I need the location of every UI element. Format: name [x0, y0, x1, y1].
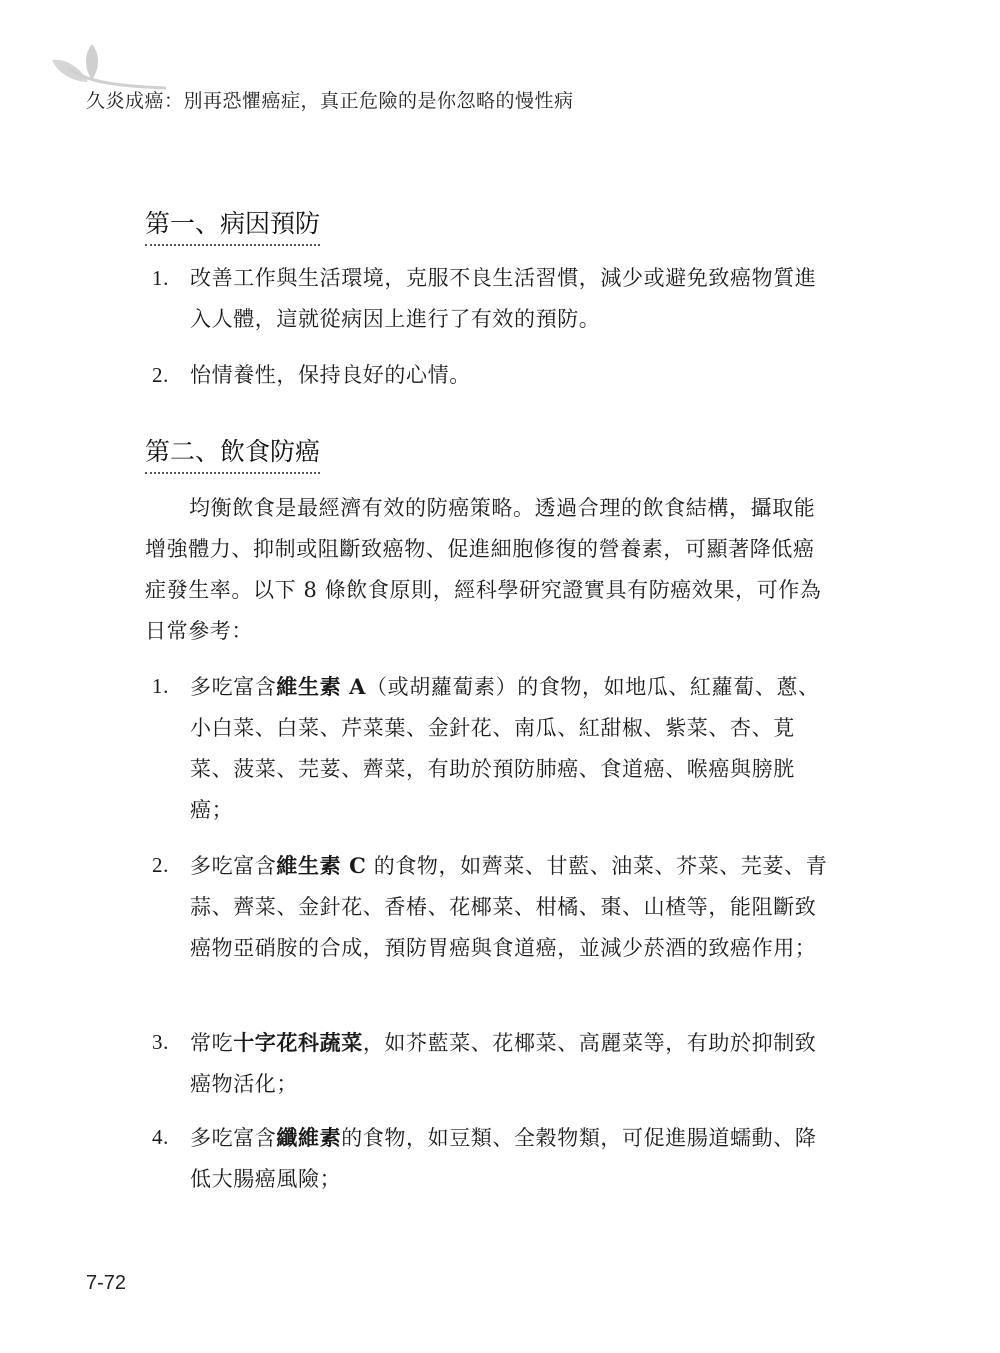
list-item: 2. 怡情養性，保持良好的心情。 [145, 355, 835, 396]
item-number: 3. [152, 1022, 169, 1063]
item-number: 2. [152, 845, 169, 886]
item-keyword: 維生素 A [276, 674, 366, 699]
list-item: 2. 多吃富含維生素 C 的食物，如薺菜、甘藍、油菜、芥菜、芫荽、青蒜、薺菜、金… [145, 845, 835, 969]
item-text: 怡情養性，保持良好的心情。 [190, 355, 835, 396]
list-item: 3. 常吃十字花科蔬菜，如芥藍菜、花椰菜、高麗菜等，有助於抑制致癌物活化； [145, 1022, 835, 1105]
item-text: 多吃富含 [190, 1126, 276, 1150]
item-text: 常吃 [190, 1031, 233, 1055]
running-title: 久炎成癌：別再恐懼癌症，真正危險的是你忽略的慢性病 [86, 86, 574, 113]
intro-paragraph: 均衡飲食是最經濟有效的防癌策略。透過合理的飲食結構，攝取能增強體力、抑制或阻斷致… [145, 488, 835, 652]
item-keyword: 纖維素 [276, 1125, 341, 1150]
item-number: 1. [152, 666, 169, 707]
list-item: 4. 多吃富含纖維素的食物，如豆類、全穀物類，可促進腸道蠕動、降低大腸癌風險； [145, 1117, 835, 1200]
item-text: 多吃富含 [190, 675, 276, 699]
item-keyword: 十字花科蔬菜 [233, 1030, 363, 1055]
list-item: 1. 改善工作與生活環境，克服不良生活習慣，減少或避免致癌物質進入人體，這就從病… [145, 258, 835, 340]
item-number: 4. [152, 1117, 169, 1158]
item-keyword: 維生素 C [276, 853, 366, 878]
page-number: 7-72 [86, 1272, 126, 1295]
item-text: 多吃富含 [190, 854, 276, 878]
item-number: 1. [152, 258, 169, 299]
item-number: 2. [152, 355, 169, 396]
list-item: 1. 多吃富含維生素 A（或胡蘿蔔素）的食物，如地瓜、紅蘿蔔、蔥、小白菜、白菜、… [145, 666, 835, 831]
item-text: 改善工作與生活環境，克服不良生活習慣，減少或避免致癌物質進入人體，這就從病因上進… [190, 258, 835, 340]
section-heading: 第一、病因預防 [145, 204, 320, 246]
section-heading: 第二、飲食防癌 [145, 432, 320, 474]
